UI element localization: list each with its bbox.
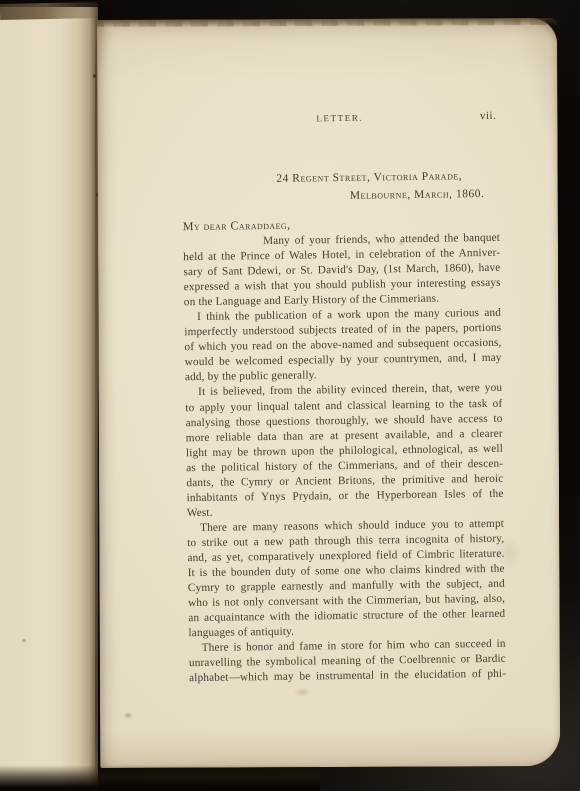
foxing-stain xyxy=(293,687,311,696)
page-number: vii. xyxy=(480,110,497,122)
book-page: LETTER. vii. 24 Regent Street, Victoria … xyxy=(97,18,560,768)
running-header-title: LETTER. xyxy=(181,111,498,125)
dateline-date: Melbourne, March, 1860. xyxy=(182,185,499,207)
letter-body: Many of your friends, who attended the b… xyxy=(183,231,506,687)
foxing-spot xyxy=(22,639,26,642)
book-photograph: LETTER. vii. 24 Regent Street, Victoria … xyxy=(0,0,580,791)
letter-dateline: 24 Regent Street, Victoria Parade, Melbo… xyxy=(182,167,499,207)
bottom-page-shadow xyxy=(0,765,320,791)
page-content: LETTER. vii. 24 Regent Street, Victoria … xyxy=(94,16,564,770)
foxing-stain xyxy=(496,537,522,571)
running-header: LETTER. vii. xyxy=(181,111,498,129)
foxing-stain xyxy=(124,712,133,719)
foxing-stain xyxy=(397,240,405,246)
facing-page-edge xyxy=(0,7,98,791)
letter-line: alphabet—which may be instrumental in th… xyxy=(189,667,506,686)
